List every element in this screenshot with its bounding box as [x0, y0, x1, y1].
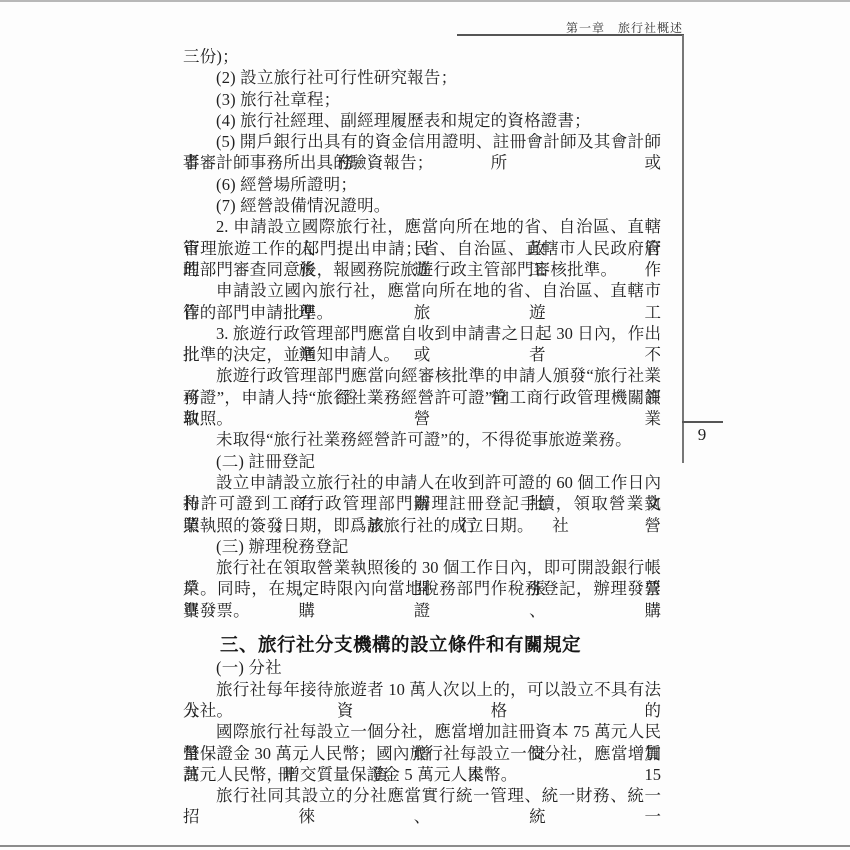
text-line: 2. 申請設立國際旅行社，應當向所在地的省、自治區、直轄市人民政府	[183, 216, 661, 237]
text-line: 的部門審查同意後，報國務院旅遊行政主管部門審核批準。	[183, 259, 661, 280]
side-rule	[682, 35, 684, 463]
chapter-label: 第一章	[566, 21, 605, 35]
text-line: 管理旅遊工作的部門提出申請；省、自治區、直轄市人民政府管理旅遊工作	[183, 238, 661, 259]
text-line: 可證”，申請人持“旅行社業務經營許可證”向工商行政管理機關領取營業	[183, 387, 661, 408]
header-rule	[457, 34, 684, 36]
scan-top-edge	[0, 0, 850, 2]
scan-bottom-edge	[0, 845, 850, 847]
text-line: (三) 辦理稅務登記	[183, 536, 661, 557]
text-line: (5) 開戶銀行出具有的資金信用證明、註冊會計師及其會計師事務所或	[183, 131, 661, 152]
text-line: (6) 經營場所證明；	[183, 174, 661, 195]
text-line: (一) 分社	[183, 657, 661, 678]
chapter-title: 旅行社概述	[618, 21, 683, 35]
text-line: 國際旅行社每設立一個分社，應當增加註冊資本 75 萬元人民幣，增交質	[183, 721, 661, 742]
text-line: (二) 註冊登記	[183, 451, 661, 472]
text-line: 設立申請設立旅行社的申請人在收到許可證的 60 個工作日內持有關批文	[183, 472, 661, 493]
text-line: 量保證金 30 萬元人民幣；國內旅行社每設立一個分社，應當增加註冊資本 15	[183, 743, 661, 764]
text-line: (4) 旅行社經理、副經理履歷表和規定的資格證書；	[183, 110, 661, 131]
section-heading: 三、旅行社分支機構的設立條件和有關規定	[183, 636, 661, 657]
text-line: 旅行社同其設立的分社應當實行統一管理、統一財務、統一招徠、統一	[183, 785, 661, 806]
text-line: 旅遊行政管理部門應當向經審核批準的申請人頒發“旅行社業務經營許	[183, 365, 661, 386]
text-line: 業。同時，在規定時限內向當地稅務部門作稅務登記，辦理發票準購證、購	[183, 578, 661, 599]
text-line: 和許可證到工商行政管理部門辦理註冊登記手續，領取營業執照。旅行社營	[183, 493, 661, 514]
text-line: 旅行社每年接待旅遊者 10 萬人次以上的，可以設立不具有法人資格的	[183, 679, 661, 700]
text-line: (7) 經營設備情況證明。	[183, 195, 661, 216]
text-line: 旅行社在領取營業執照後的 30 個工作日內，即可開設銀行帳戶，開張營	[183, 557, 661, 578]
text-line: 三份)；	[183, 46, 661, 67]
text-line: 未取得“旅行社業務經營許可證”的，不得從事旅遊業務。	[183, 429, 661, 450]
text-line: 3. 旅遊行政管理部門應當自收到申請書之日起 30 日內，作出批準或者不	[183, 323, 661, 344]
page-number: 9	[682, 424, 722, 445]
book-page: 第一章旅行社概述 9 三份)；(2) 設立旅行社可行性研究報告；(3) 旅行社章…	[0, 0, 850, 850]
text-line: 申請設立國內旅行社，應當向所在地的省、自治區、直轄市管理旅遊工	[183, 280, 661, 301]
page-number-rule	[682, 421, 723, 423]
text-line: (2) 設立旅行社可行性研究報告；	[183, 67, 661, 88]
text-line: (3) 旅行社章程；	[183, 89, 661, 110]
body-text: 三份)；(2) 設立旅行社可行性研究報告；(3) 旅行社章程；(4) 旅行社經理…	[183, 46, 661, 806]
